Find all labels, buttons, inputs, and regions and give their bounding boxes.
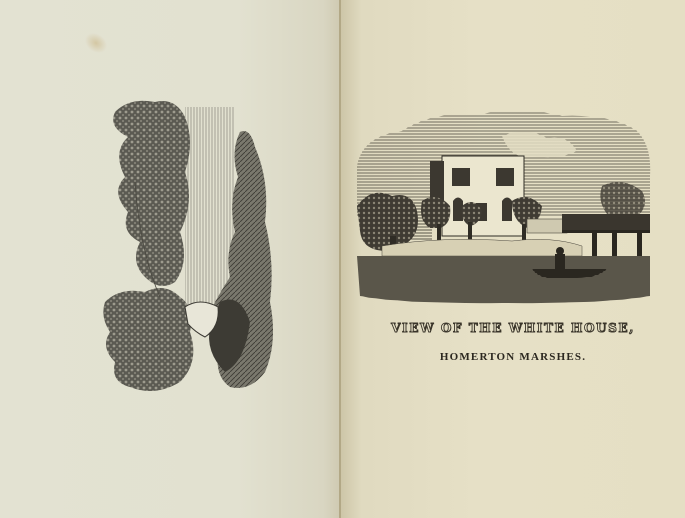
- caption-title: VIEW OF THE WHITE HOUSE,: [341, 321, 685, 335]
- paper-stain: [81, 29, 111, 58]
- book-spread: VIEW OF THE WHITE HOUSE, HOMERTON MARSHE…: [0, 0, 685, 518]
- left-page: [0, 0, 340, 518]
- left-engraving-angler-illustration: [100, 92, 280, 398]
- caption-subtitle: HOMERTON MARSHES.: [341, 351, 685, 363]
- right-engraving-white-house-illustration: [352, 106, 657, 306]
